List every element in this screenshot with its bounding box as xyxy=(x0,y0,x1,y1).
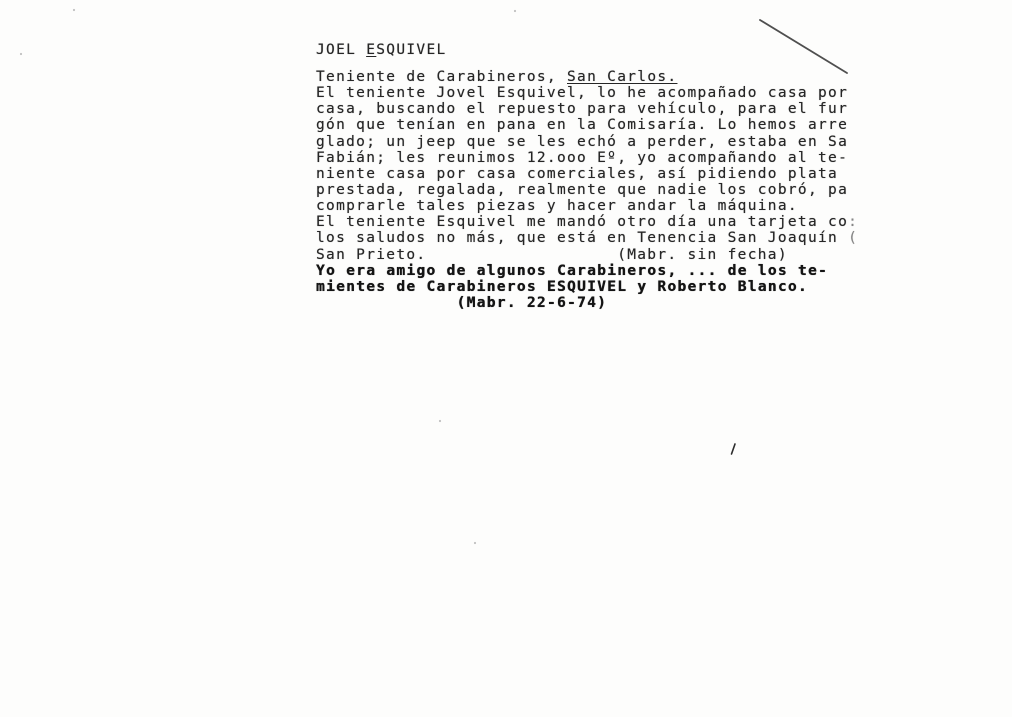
text-segment: niente casa por casa comerciales, así pi… xyxy=(316,166,838,182)
text-line: casa, buscando el repuesto para vehículo… xyxy=(316,101,858,117)
text-segment: SQUIVEL xyxy=(376,42,446,58)
text-line: comprarle tales piezas y hacer andar la … xyxy=(316,198,858,214)
text-line: El teniente Esquivel me mandó otro día u… xyxy=(316,214,858,230)
text-line: glado; un jeep que se les echó a perder,… xyxy=(316,134,858,150)
text-segment: mientes de Carabineros ESQUIVEL y Robert… xyxy=(316,279,808,295)
text-line: Fabián; les reunimos 12.ooo Eº, yo acomp… xyxy=(316,150,858,166)
document-heading: JOEL ESQUIVEL xyxy=(316,42,447,58)
text-segment: : xyxy=(848,214,858,230)
text-line: (Mabr. 22-6-74) xyxy=(316,295,858,311)
text-segment: JOEL xyxy=(316,42,366,58)
scan-speck xyxy=(20,53,22,55)
text-segment: gón que tenían en pana en la Comisaría. … xyxy=(316,117,848,133)
text-line: Yo era amigo de algunos Carabineros, ...… xyxy=(316,263,858,279)
text-segment: Teniente de Carabineros, xyxy=(316,69,567,85)
text-segment: (Mabr. 22-6-74) xyxy=(316,295,607,311)
text-line: mientes de Carabineros ESQUIVEL y Robert… xyxy=(316,279,858,295)
scan-speck xyxy=(514,10,516,12)
heading-line: JOEL ESQUIVEL xyxy=(316,42,447,58)
text-segment: Fabián; les reunimos 12.ooo Eº, yo acomp… xyxy=(316,150,848,166)
text-segment: El teniente Esquivel me mandó otro día u… xyxy=(316,214,848,230)
text-segment: ( xyxy=(838,230,858,246)
text-line: niente casa por casa comerciales, así pi… xyxy=(316,166,858,182)
text-segment: casa, buscando el repuesto para vehículo… xyxy=(316,101,848,117)
text-line: gón que tenían en pana en la Comisaría. … xyxy=(316,117,858,133)
text-segment: los saludos no más, que está en Tenencia… xyxy=(316,230,838,246)
diagonal-pen-stroke xyxy=(760,20,847,73)
text-segment: prestada, regalada, realmente que nadie … xyxy=(316,182,848,198)
scan-speck xyxy=(439,420,441,422)
scan-speck xyxy=(73,9,75,11)
underlined-text: San Carlos. xyxy=(567,69,677,85)
text-segment: Yo era amigo de algunos Carabineros, ...… xyxy=(316,263,828,279)
handwritten-tick-mark xyxy=(732,444,736,454)
scan-speck xyxy=(474,542,476,544)
text-line: prestada, regalada, realmente que nadie … xyxy=(316,182,858,198)
text-segment: glado; un jeep que se les echó a perder,… xyxy=(316,134,848,150)
text-segment: San Prieto. (Mabr. sin fecha) xyxy=(316,247,788,263)
text-line: los saludos no más, que está en Tenencia… xyxy=(316,230,858,246)
text-segment: El teniente Jovel Esquivel, lo he acompa… xyxy=(316,85,848,101)
text-segment: comprarle tales piezas y hacer andar la … xyxy=(316,198,798,214)
underlined-text: E xyxy=(366,42,376,58)
text-line: El teniente Jovel Esquivel, lo he acompa… xyxy=(316,85,858,101)
text-line: Teniente de Carabineros, San Carlos. xyxy=(316,69,858,85)
scanned-document-page: JOEL ESQUIVEL Teniente de Carabineros, S… xyxy=(0,0,1012,717)
text-line: San Prieto. (Mabr. sin fecha) xyxy=(316,247,858,263)
typewritten-body: Teniente de Carabineros, San Carlos.El t… xyxy=(316,69,858,311)
